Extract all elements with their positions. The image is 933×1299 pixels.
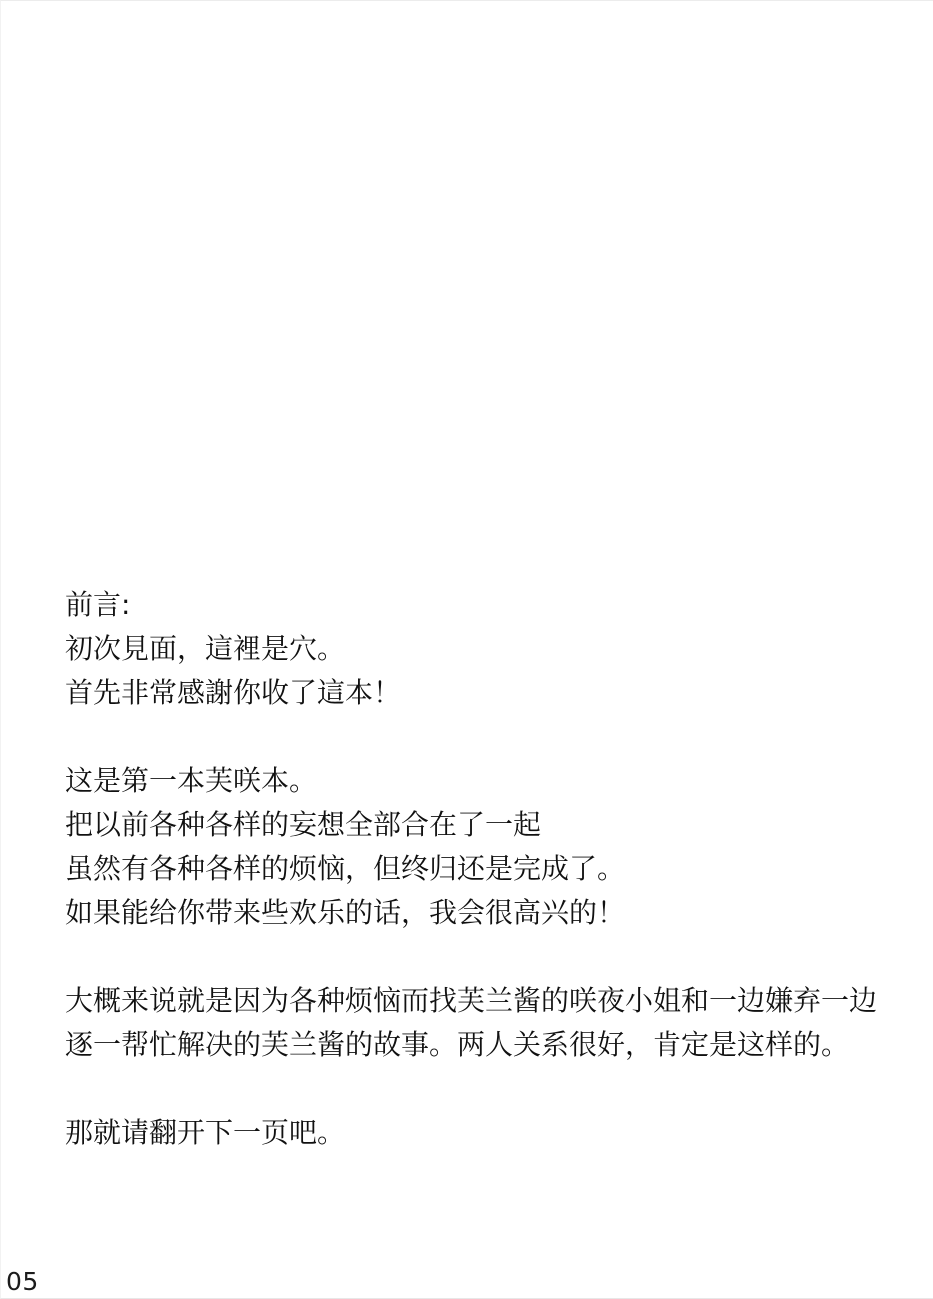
text-line: 如果能给你带来些欢乐的话，我会很高兴的！ [65, 891, 885, 935]
page-number: 05 [6, 1269, 39, 1294]
text-line: 初次見面，這裡是穴。 [65, 627, 885, 671]
text-line: 大概来说就是因为各种烦恼而找芙兰酱的咲夜小姐和一边嫌弃一边 [65, 979, 885, 1023]
preface-text: 前言: 初次見面，這裡是穴。 首先非常感謝你收了這本！ 这是第一本芙咲本。 把以… [65, 583, 885, 1199]
paragraph-closing: 那就请翻开下一页吧。 [65, 1111, 885, 1155]
text-line: 前言: [65, 583, 885, 627]
text-line: 把以前各种各样的妄想全部合在了一起 [65, 803, 885, 847]
paragraph-greeting: 前言: 初次見面，這裡是穴。 首先非常感謝你收了這本！ [65, 583, 885, 715]
text-line: 首先非常感謝你收了這本！ [65, 671, 885, 715]
text-line: 虽然有各种各样的烦恼，但终归还是完成了。 [65, 847, 885, 891]
paragraph-story-summary: 大概来说就是因为各种烦恼而找芙兰酱的咲夜小姐和一边嫌弃一边 逐一帮忙解决的芙兰酱… [65, 979, 885, 1067]
paragraph-about-book: 这是第一本芙咲本。 把以前各种各样的妄想全部合在了一起 虽然有各种各样的烦恼，但… [65, 759, 885, 935]
text-line: 那就请翻开下一页吧。 [65, 1111, 885, 1155]
text-line: 这是第一本芙咲本。 [65, 759, 885, 803]
document-page: 前言: 初次見面，這裡是穴。 首先非常感謝你收了這本！ 这是第一本芙咲本。 把以… [0, 0, 933, 1299]
text-line: 逐一帮忙解决的芙兰酱的故事。两人关系很好，肯定是这样的。 [65, 1023, 885, 1067]
